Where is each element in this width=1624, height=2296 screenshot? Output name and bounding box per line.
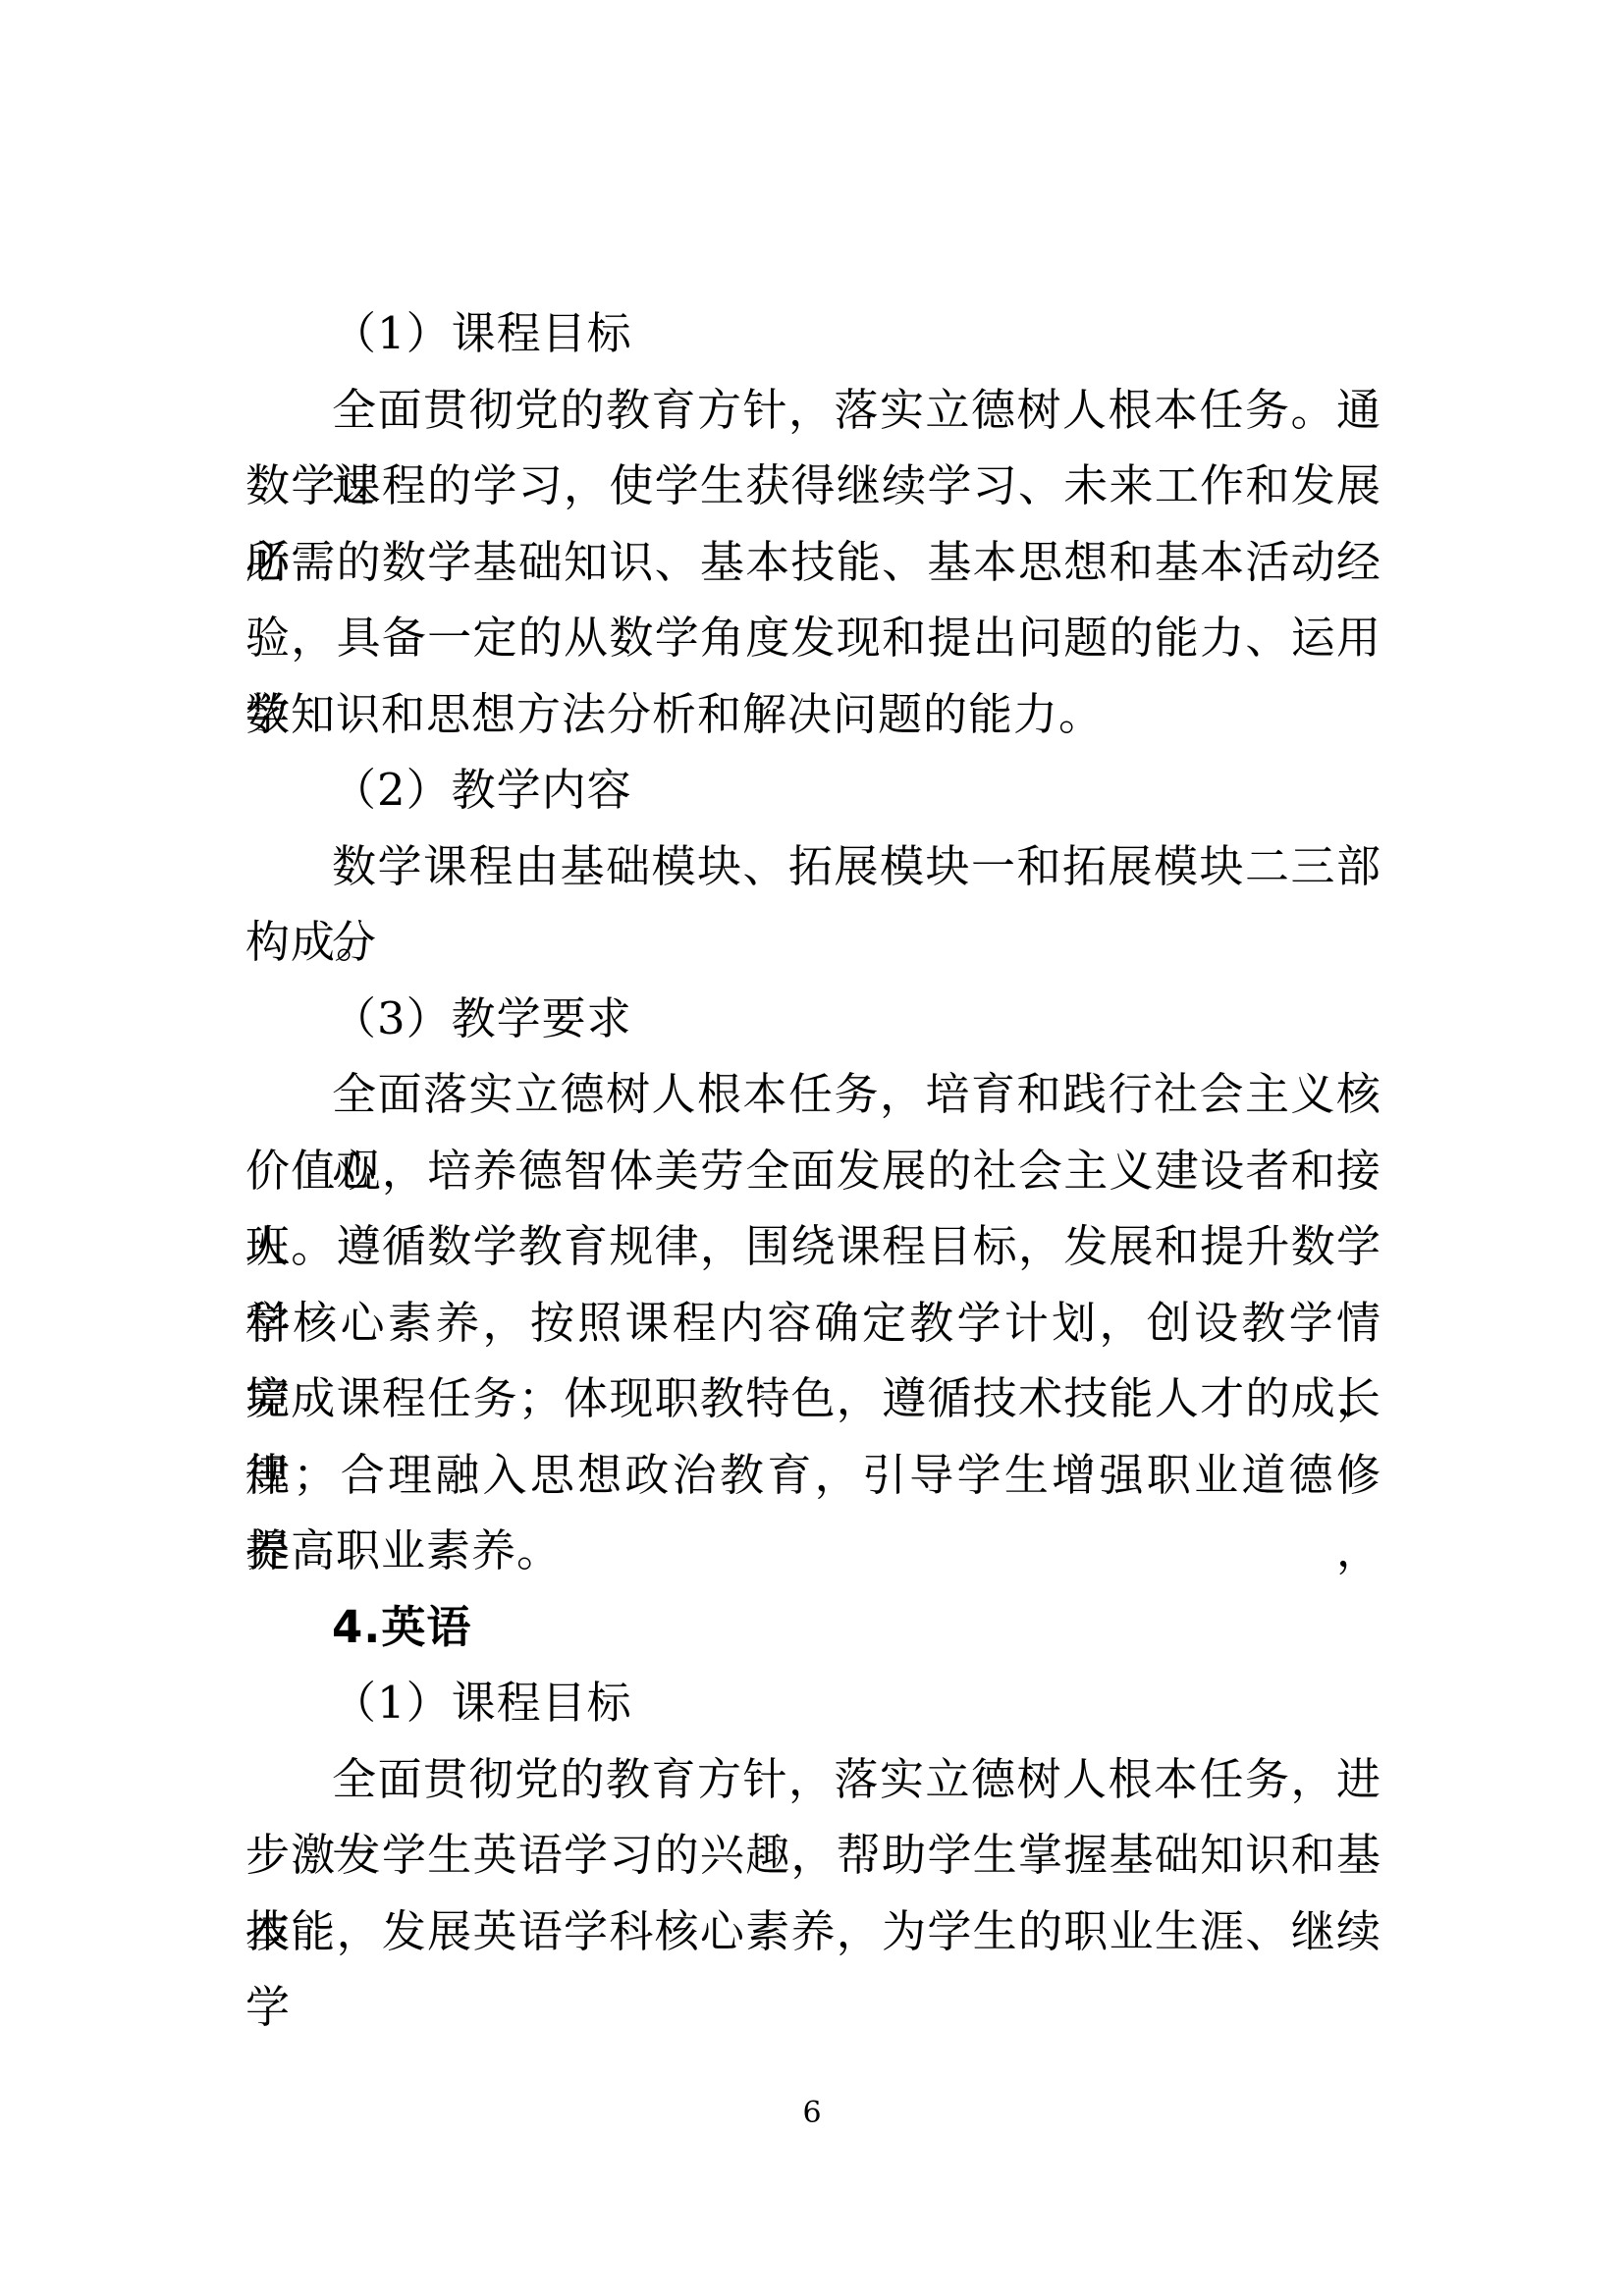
- text-line: 科核心素养，按照课程内容确定教学计划，创设教学情境，: [245, 1285, 1381, 1362]
- text-line: 学知识和思想方法分析和解决问题的能力。: [245, 676, 1381, 753]
- text-line: 数学课程由基础模块、拓展模块一和拓展模块二三部分: [245, 828, 1381, 905]
- text-line: 构成。: [245, 904, 1381, 981]
- text-line: 全面贯彻党的教育方针，落实立德树人根本任务，进一: [245, 1741, 1381, 1818]
- text-line: 步激发学生英语学习的兴趣，帮助学生掌握基础知识和基本: [245, 1817, 1381, 1894]
- text-line: （3）教学要求: [245, 981, 1381, 1057]
- document-page: （1）课程目标全面贯彻党的教育方针，落实立德树人根本任务。通过数学课程的学习，使…: [0, 0, 1624, 2296]
- text-line: 全面落实立德树人根本任务，培育和践行社会主义核心: [245, 1056, 1381, 1133]
- text-line: 数学课程的学习，使学生获得继续学习、未来工作和发展所: [245, 448, 1381, 524]
- text-line: 律；合理融入思想政治教育，引导学生增强职业道德修养，: [245, 1437, 1381, 1514]
- text-line: 完成课程任务；体现职教特色，遵循技术技能人才的成长规: [245, 1361, 1381, 1437]
- page-number: 6: [0, 2095, 1624, 2132]
- text-line: （1）课程目标: [245, 1665, 1381, 1741]
- text-line: 技能，发展英语学科核心素养，为学生的职业生涯、继续学: [245, 1894, 1381, 1970]
- section-heading: 4.英语: [245, 1589, 1381, 1666]
- text-line: （2）教学内容: [245, 752, 1381, 828]
- text-line: 价值观，培养德智体美劳全面发展的社会主义建设者和接班: [245, 1133, 1381, 1209]
- text-line: 必需的数学基础知识、基本技能、基本思想和基本活动经: [245, 524, 1381, 601]
- text-block: （1）课程目标全面贯彻党的教育方针，落实立德树人根本任务。通过数学课程的学习，使…: [245, 295, 1381, 1969]
- text-line: 全面贯彻党的教育方针，落实立德树人根本任务。通过: [245, 372, 1381, 449]
- text-line: 验，具备一定的从数学角度发现和提出问题的能力、运用数: [245, 600, 1381, 676]
- text-line: （1）课程目标: [245, 295, 1381, 372]
- text-line: 人。遵循数学教育规律，围绕课程目标，发展和提升数学学: [245, 1208, 1381, 1285]
